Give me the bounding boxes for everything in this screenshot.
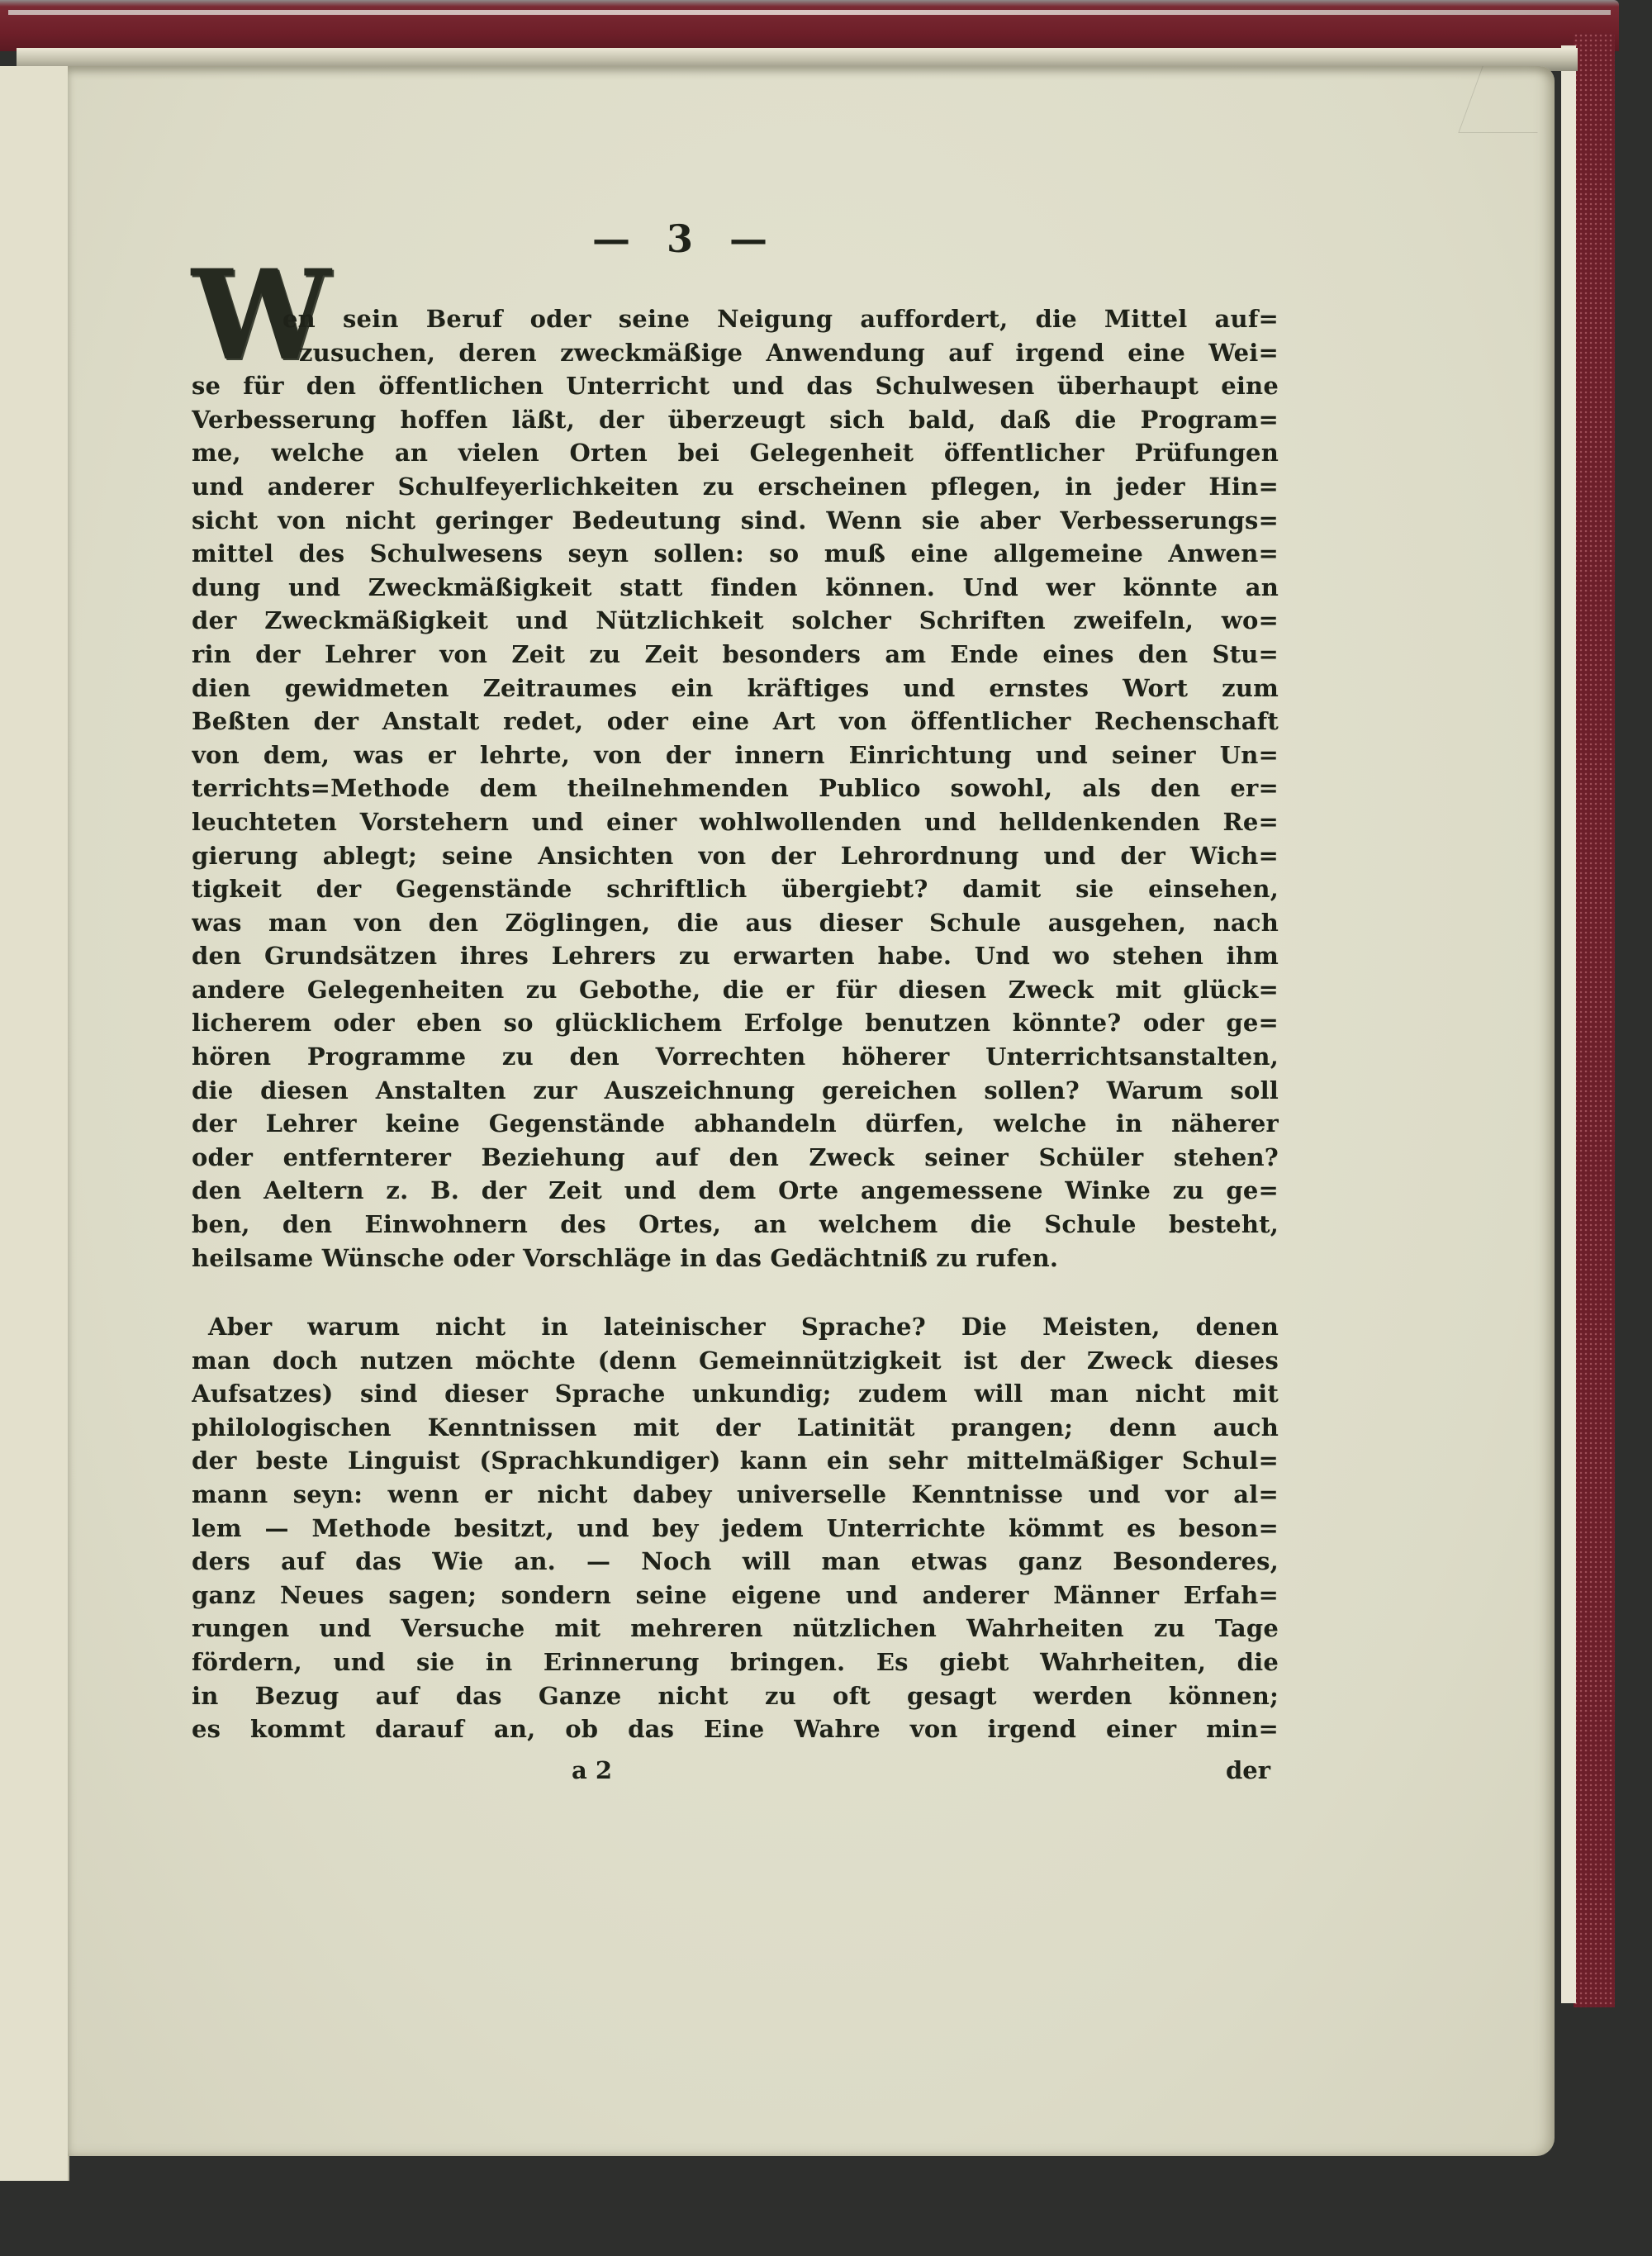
text-line: fördern, und sie in Erinnerung bringen. … — [192, 1646, 1279, 1679]
text-line: und anderer Schulfeyerlichkeiten zu ersc… — [192, 470, 1279, 504]
text-line: sicht von nicht geringer Bedeutung sind.… — [192, 504, 1279, 538]
text-line: gierung ablegt; seine Ansichten von der … — [192, 839, 1279, 873]
text-line: leuchteten Vorstehern und einer wohlwoll… — [192, 805, 1279, 839]
text-line: rungen und Versuche mit mehreren nützlic… — [192, 1612, 1279, 1646]
signature-mark: a 2 — [572, 1756, 612, 1784]
text-line: Aber warum nicht in lateinischer Sprache… — [192, 1310, 1279, 1344]
text-line: von dem, was er lehrte, von der innern E… — [192, 739, 1279, 772]
text-line: terrichts=Methode dem theilnehmenden Pub… — [192, 772, 1279, 805]
cover-lining — [1561, 45, 1576, 2003]
text-line: die diesen Anstalten zur Auszeichnung ge… — [192, 1074, 1279, 1108]
text-line: den Grundsätzen ihres Lehrers zu erwarte… — [192, 939, 1279, 973]
text-line: heilsame Wünsche oder Vorschläge in das … — [192, 1242, 1279, 1275]
text-line: ders auf das Wie an. — Noch will man etw… — [192, 1545, 1279, 1579]
text-line: Verbesserung hoffen läßt, der überzeugt … — [192, 403, 1279, 437]
text-line: rin der Lehrer von Zeit zu Zeit besonder… — [192, 638, 1279, 672]
text-line: andere Gelegenheiten zu Gebothe, die er … — [192, 973, 1279, 1007]
text-line: den Aeltern z. B. der Zeit und dem Orte … — [192, 1174, 1279, 1208]
text-line: hören Programme zu den Vorrechten höhere… — [192, 1040, 1279, 1074]
text-line: was man von den Zöglingen, die aus diese… — [192, 906, 1279, 940]
text-line: Beßten der Anstalt redet, oder eine Art … — [192, 705, 1279, 739]
page-footer: a 2 der — [192, 1756, 1279, 1789]
text-line: philologischen Kenntnissen mit der Latin… — [192, 1411, 1279, 1445]
text-line: Aufsatzes) sind dieser Sprache unkundig;… — [192, 1377, 1279, 1411]
text-line: mann seyn: wenn er nicht dabey universel… — [192, 1478, 1279, 1512]
text-line: in Bezug auf das Ganze nicht zu oft gesa… — [192, 1679, 1279, 1713]
text-line: der Lehrer keine Gegenstände abhandeln d… — [192, 1107, 1279, 1141]
paragraph-1: en sein Beruf oder seine Neigung aufford… — [192, 302, 1279, 1275]
text-line: tigkeit der Gegenstände schriftlich über… — [192, 872, 1279, 906]
text-line: dung und Zweckmäßigkeit statt finden kön… — [192, 571, 1279, 605]
text-line: oder entfernterer Beziehung auf den Zwec… — [192, 1141, 1279, 1175]
book-cover-right-edge — [1574, 33, 1615, 2007]
text-line: ganz Neues sagen; sondern seine eigene u… — [192, 1579, 1279, 1612]
text-line: zusuchen, deren zweckmäßige Anwendung au… — [192, 336, 1279, 370]
facing-page-edge — [0, 66, 69, 2181]
text-line: lem — Methode besitzt, und bey jedem Unt… — [192, 1512, 1279, 1546]
paragraph-2: Aber warum nicht in lateinischer Sprache… — [192, 1310, 1279, 1746]
cover-spine-highlight — [8, 10, 1611, 15]
text-line: der Zweckmäßigkeit und Nützlichkeit solc… — [192, 604, 1279, 638]
text-line: me, welche an vielen Orten bei Gelegenhe… — [192, 436, 1279, 470]
text-line: es kommt darauf an, ob das Eine Wahre vo… — [192, 1712, 1279, 1746]
text-line: licherem oder eben so glücklichem Erfolg… — [192, 1006, 1279, 1040]
text-line: ben, den Einwohnern des Ortes, an welche… — [192, 1208, 1279, 1242]
text-line: dien gewidmeten Zeitraumes ein kräftiges… — [192, 672, 1279, 705]
text-line: en sein Beruf oder seine Neigung aufford… — [192, 302, 1279, 336]
catchword: der — [1226, 1756, 1270, 1784]
text-line: se für den öffentlichen Unterricht und d… — [192, 369, 1279, 403]
text-line: der beste Linguist (Sprachkundiger) kann… — [192, 1444, 1279, 1478]
book-cover-top-edge — [0, 0, 1619, 51]
text-line: man doch nutzen möchte (denn Gemeinnützi… — [192, 1344, 1279, 1378]
text-line: mittel des Schulwesens seyn sollen: so m… — [192, 537, 1279, 571]
